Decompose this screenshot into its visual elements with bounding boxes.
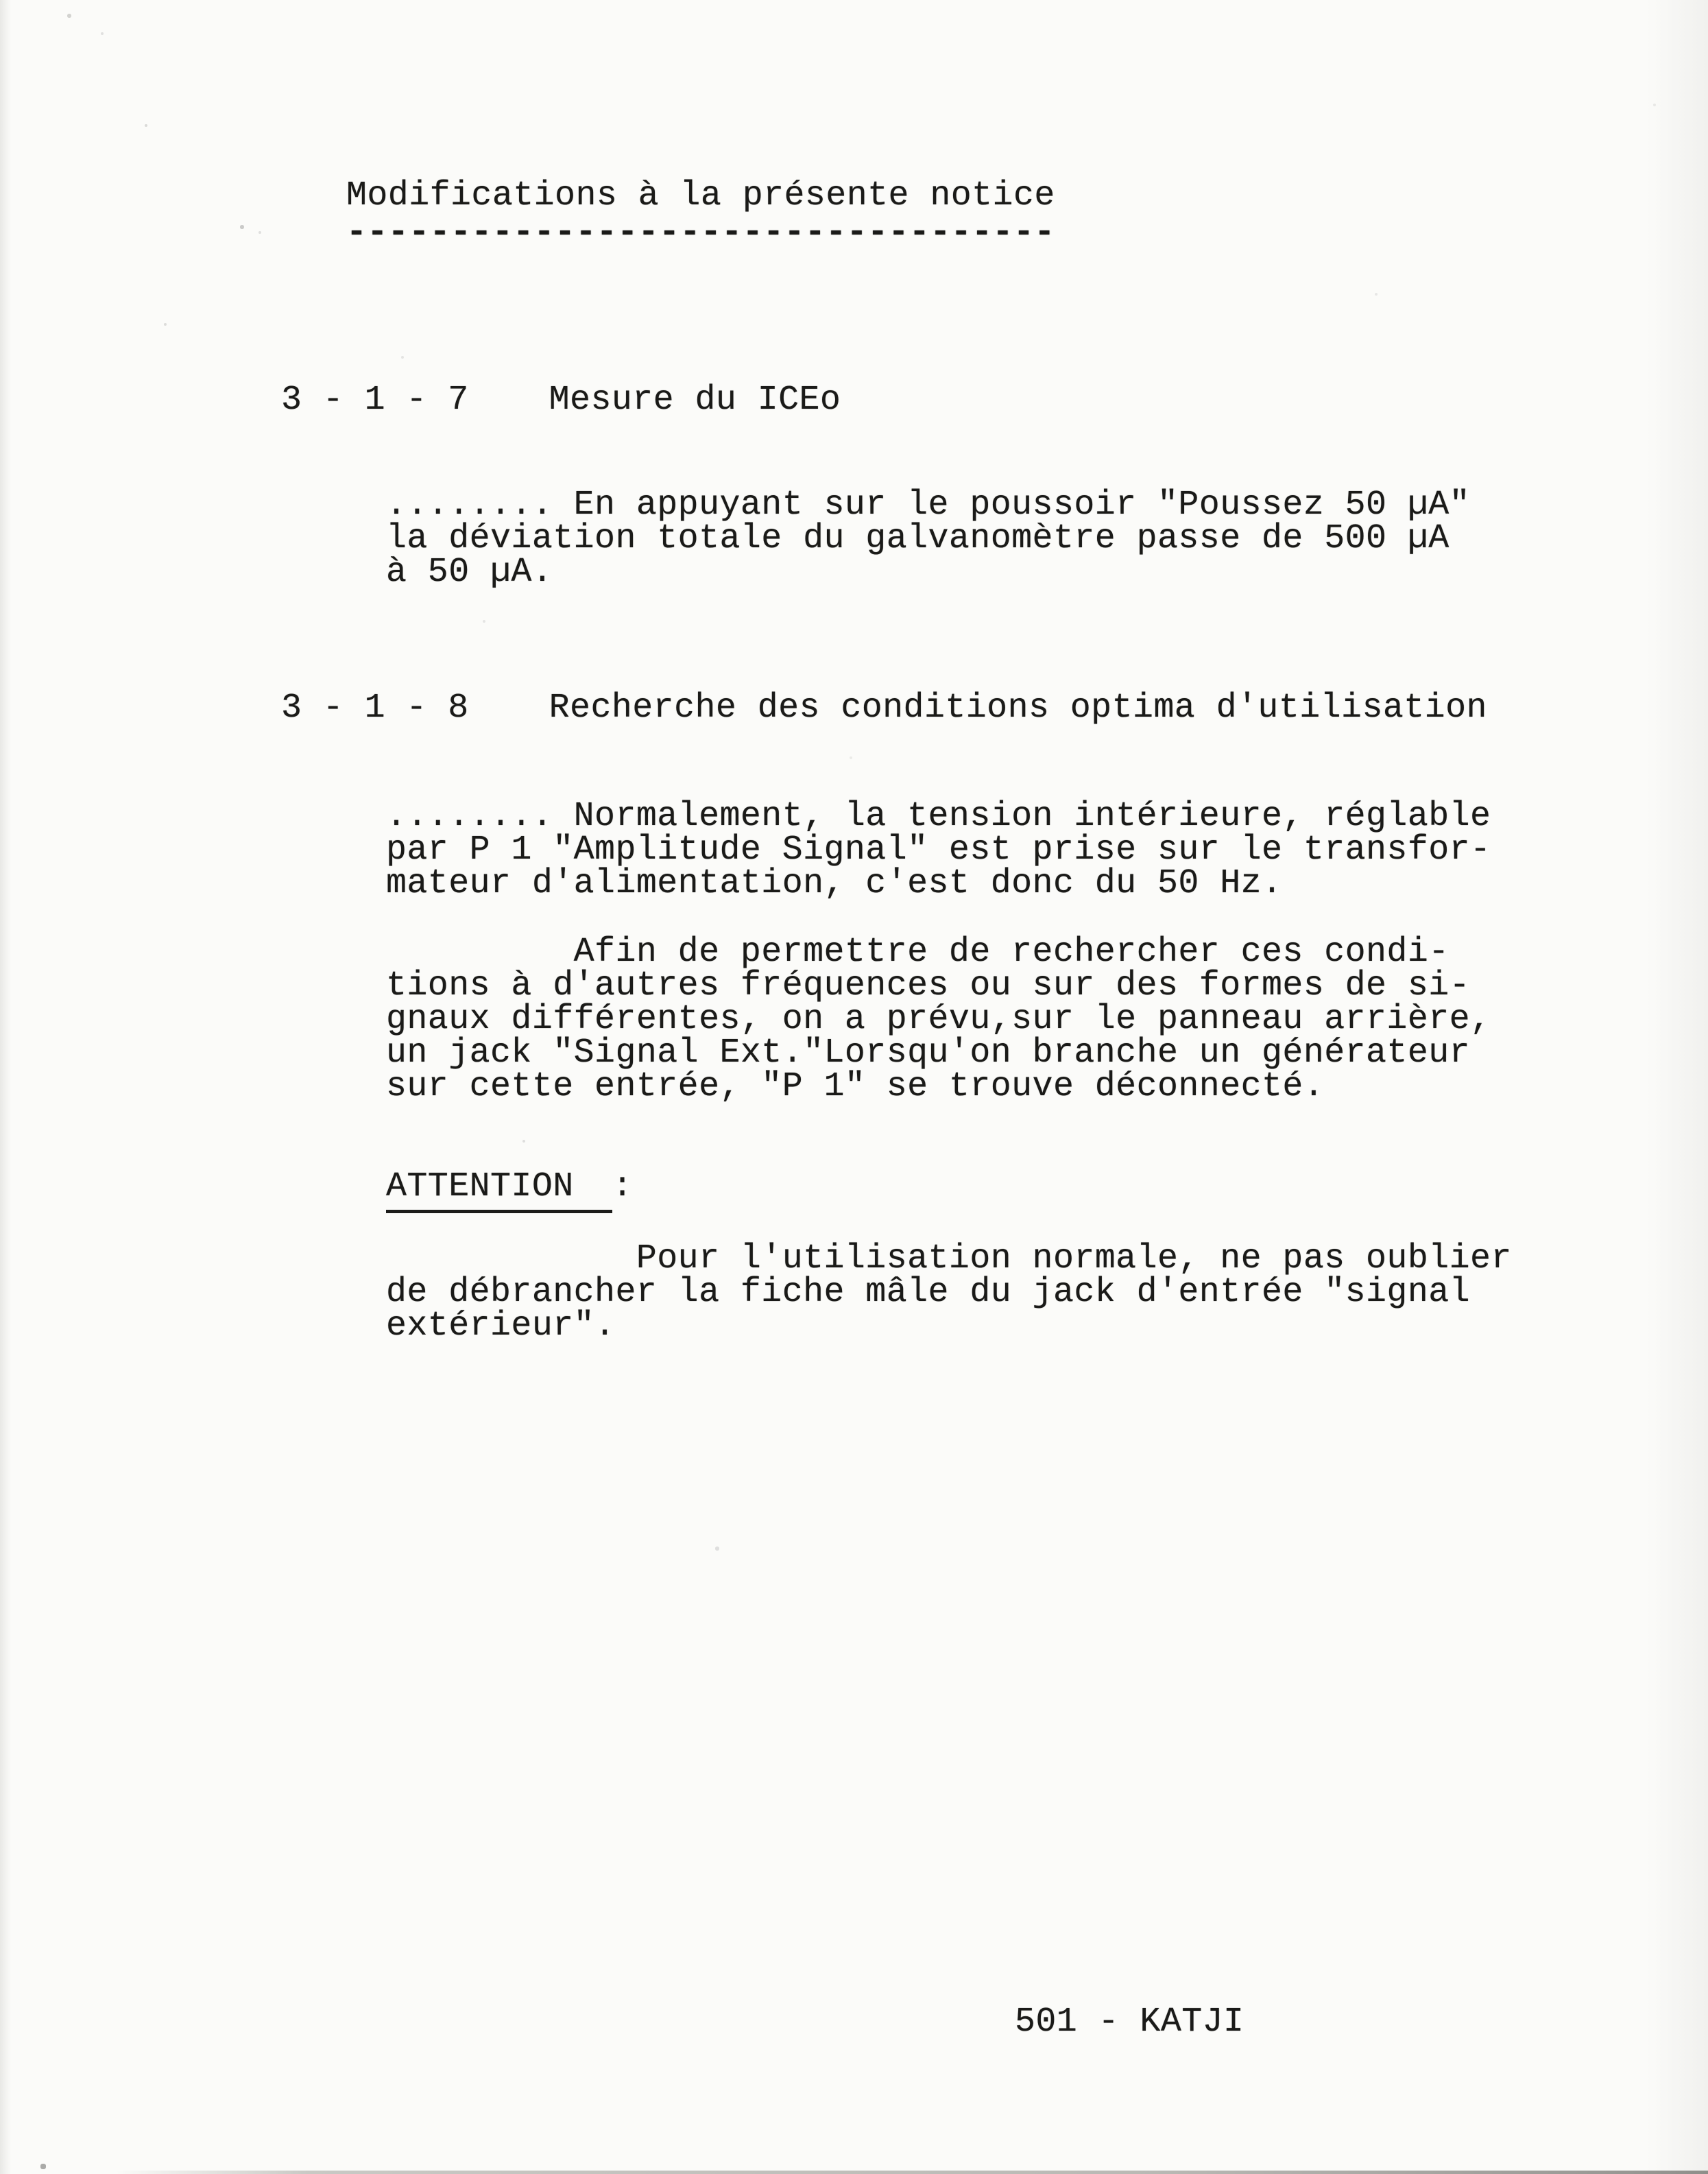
section-3-1-7-heading: 3 - 1 - 7Mesure du ICEo [281,383,841,417]
section-3-1-8-heading: 3 - 1 - 8Recherche des conditions optima… [281,691,1487,725]
section-3-1-7-paragraph: ........ En appuyant sur le poussoir "Po… [386,488,1470,589]
scan-left-edge-shading [0,0,11,2174]
scan-bottom-edge [117,2171,1708,2174]
section-3-1-8-paragraph-2: Afin de permettre de rechercher ces cond… [386,935,1491,1103]
scanned-document-page: Modifications à la présente notice -----… [0,0,1708,2174]
scan-right-edge-shading [1646,0,1708,2174]
section-3-1-8-number: 3 - 1 - 8 [281,689,469,728]
attention-heading: ATTENTION: [386,1170,633,1204]
section-3-1-8-paragraph-1: ........ Normalement, la tension intérie… [386,800,1491,900]
page-footer: 501 - KATJI [1015,2005,1244,2039]
attention-label: ATTENTION [386,1167,612,1213]
section-3-1-7-title: Mesure du ICEo [549,381,841,420]
attention-paragraph: Pour l'utilisation normale, ne pas oubli… [386,1242,1512,1343]
attention-colon: : [612,1167,633,1206]
page-title: Modifications à la présente notice [346,179,1055,213]
section-3-1-8-title: Recherche des conditions optima d'utilis… [549,689,1487,728]
title-underline-dashes: ---------------------------------- [346,216,1055,250]
section-3-1-7-number: 3 - 1 - 7 [281,381,469,420]
